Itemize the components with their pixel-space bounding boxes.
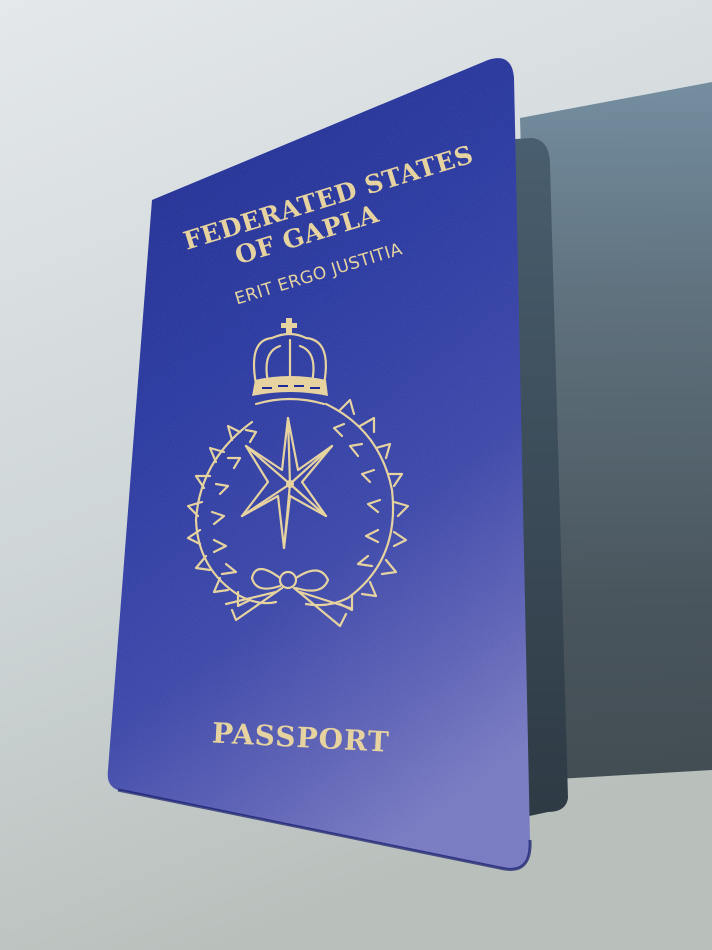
passport-photo: FEDERATED STATES OF GAPLA ERIT ERGO JUST… [0,0,712,950]
